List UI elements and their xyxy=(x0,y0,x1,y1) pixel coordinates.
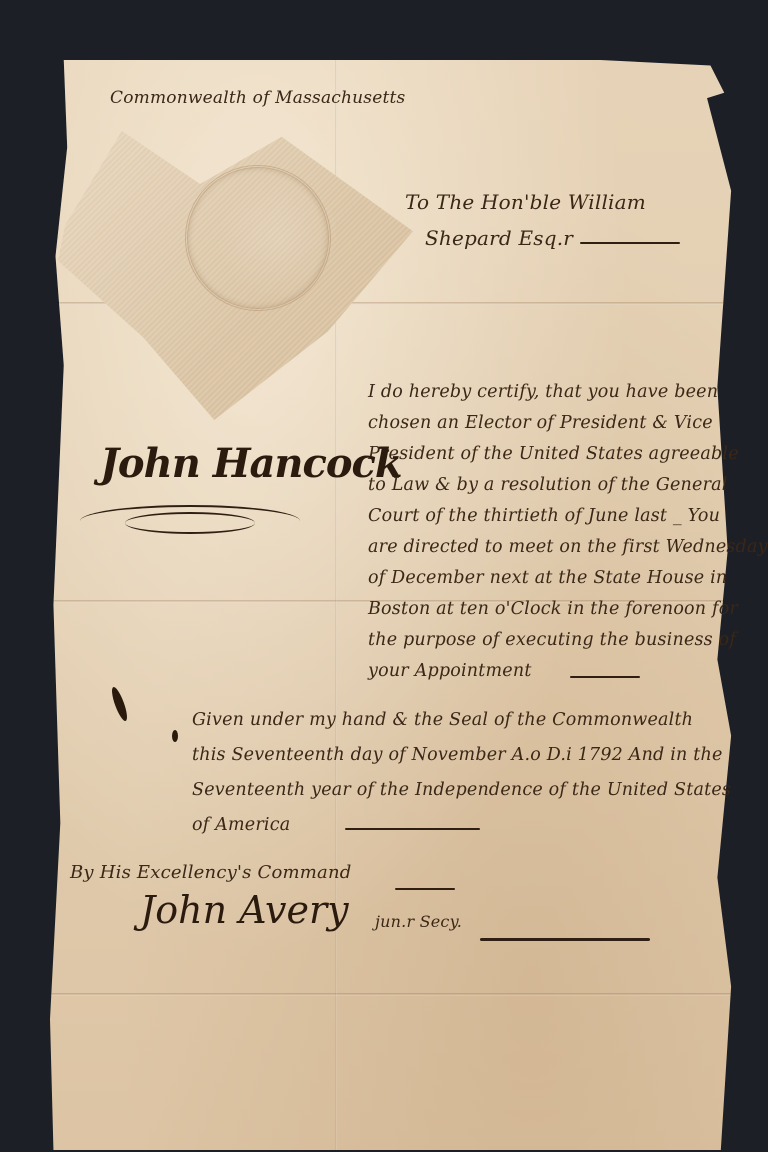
secretary-title: jun.r Secy. xyxy=(375,912,462,931)
signature-john-hancock: John Hancock xyxy=(100,440,402,487)
attestation-end-rule xyxy=(345,828,480,830)
body-line-8: Boston at ten o'Clock in the forenoon fo… xyxy=(368,599,738,619)
body-end-rule xyxy=(570,676,640,678)
body-line-1: I do hereby certify, that you have been xyxy=(368,382,718,402)
embossed-seal-icon xyxy=(185,165,331,311)
body-line-3: President of the United States agreeable xyxy=(368,444,739,464)
body-line-5: Court of the thirtieth of June last _ Yo… xyxy=(368,506,720,526)
signature-john-avery: John Avery xyxy=(140,888,349,932)
ink-blot xyxy=(172,730,178,742)
fold-line-horizontal xyxy=(50,993,738,996)
attestation-line-2: this Seventeenth day of November A.o D.i… xyxy=(192,745,723,765)
command-rule xyxy=(395,888,455,890)
body-line-9: the purpose of executing the business of xyxy=(368,630,736,650)
secretary-rule xyxy=(480,938,650,941)
body-line-6: are directed to meet on the first Wednes… xyxy=(368,537,768,557)
body-line-2: chosen an Elector of President & Vice xyxy=(368,413,713,433)
document-heading: Commonwealth of Massachusetts xyxy=(110,88,405,108)
addressee-rule xyxy=(580,242,680,244)
body-line-10: your Appointment xyxy=(368,661,532,681)
addressee-line-2: Shepard Esq.r xyxy=(425,226,573,250)
attestation-line-1: Given under my hand & the Seal of the Co… xyxy=(192,710,693,730)
body-line-4: to Law & by a resolution of the General xyxy=(368,475,728,495)
command-line: By His Excellency's Command xyxy=(70,862,351,883)
hancock-underline-loop xyxy=(125,512,255,534)
attestation-line-4: of America xyxy=(192,815,290,835)
addressee-line-1: To The Hon'ble William xyxy=(405,190,646,214)
body-line-7: of December next at the State House in xyxy=(368,568,727,588)
attestation-line-3: Seventeenth year of the Independence of … xyxy=(192,780,731,800)
